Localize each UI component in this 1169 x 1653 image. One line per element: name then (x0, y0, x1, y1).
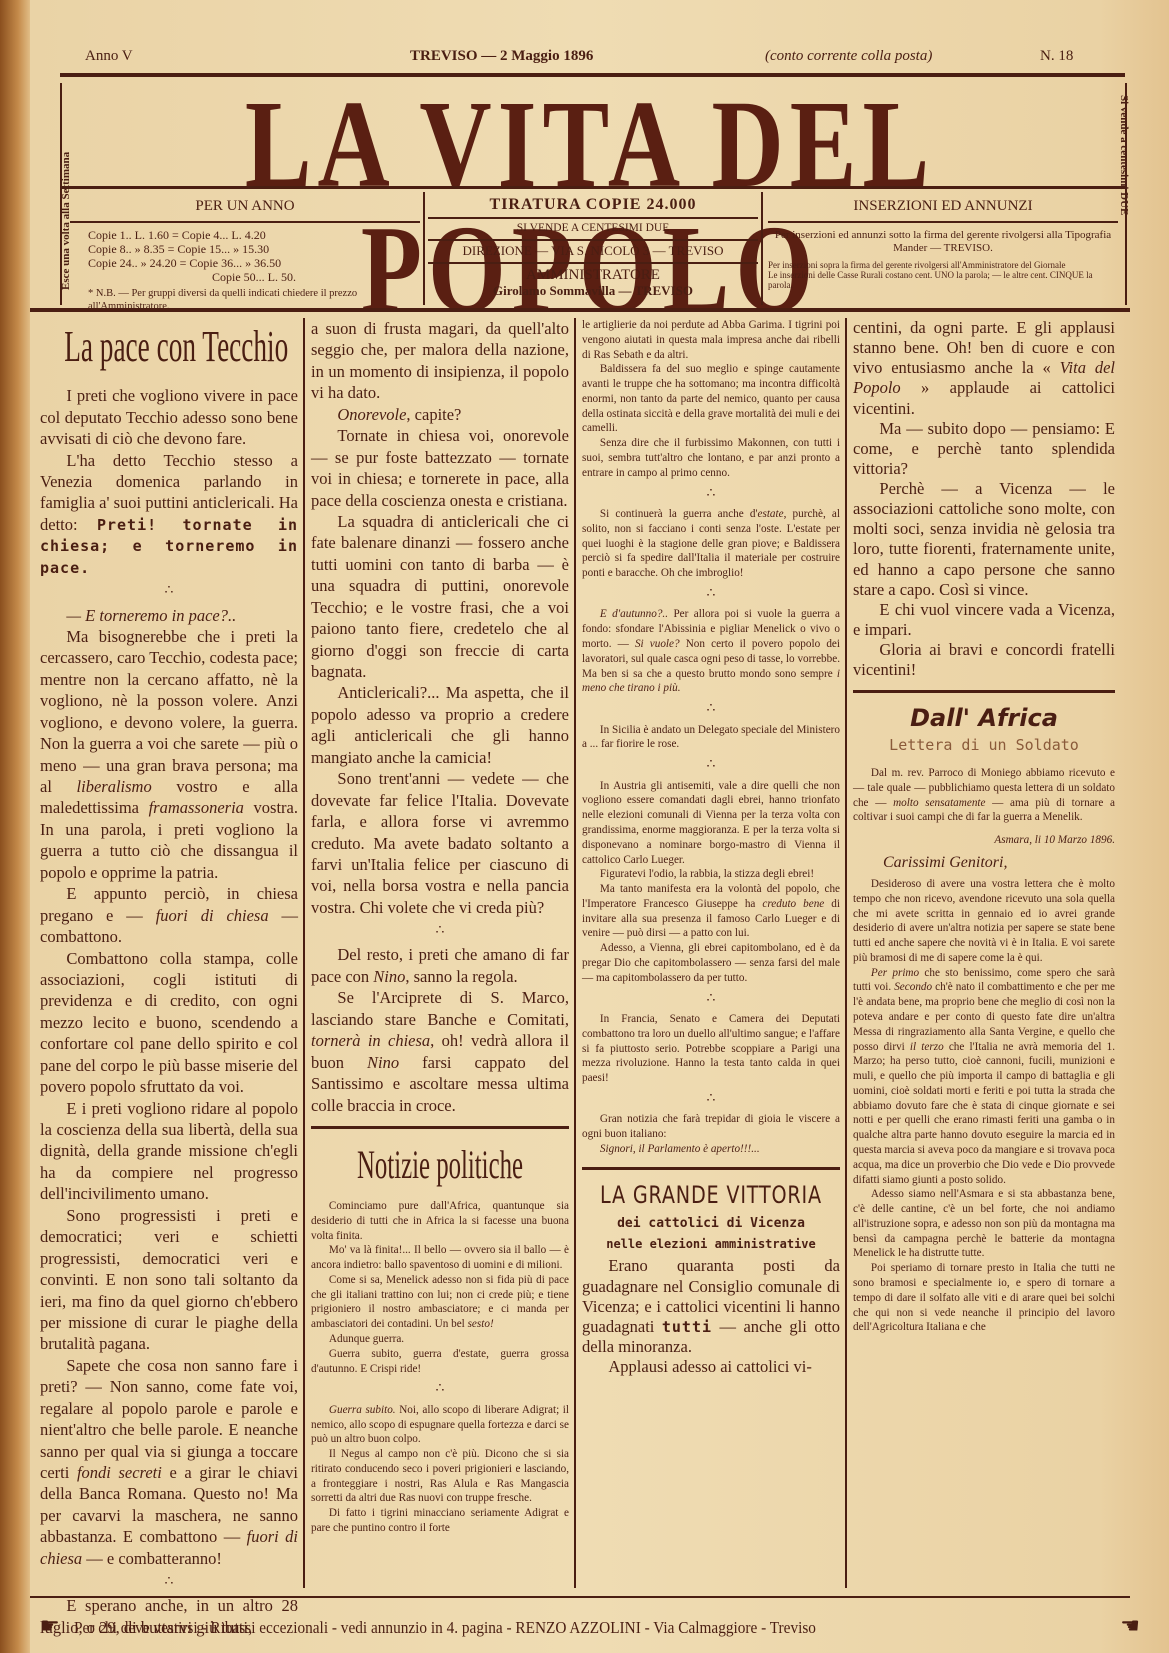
paragraph: Sono trent'anni — vedete — che dovevate … (311, 768, 569, 918)
rate-line: Copie 50... L. 50. (88, 271, 420, 285)
paragraph: E appunto perciò, in chiesa pregano e — … (40, 883, 298, 947)
paragraph: Applausi adesso ai cattolici vi- (582, 1357, 840, 1377)
section-dots: ∴ (582, 1090, 840, 1108)
paragraph: Poi speriamo di tornare presto in Italia… (853, 1261, 1115, 1335)
column-rule (845, 318, 847, 1588)
paragraph: Senza dire che il furbissimo Makonnen, c… (582, 436, 840, 480)
side-label-right: Si vende a centesimi DUE (1118, 95, 1130, 215)
paragraph: La squadra di anticlericali che ci fate … (311, 511, 569, 683)
section-dots: ∴ (40, 582, 298, 600)
ads-line: Per inserzioni sopra la firma del gerent… (768, 260, 1118, 270)
headline-pace-tecchio: La pace con Tecchio (64, 318, 274, 375)
footer-ad: ☛ Per chi deve vestirsi - Ribassi eccezi… (40, 1608, 1140, 1644)
paragraph: Sono progressisti i preti e democratici;… (40, 1205, 298, 1355)
paragraph: Desideroso di avere una vostra lettera c… (853, 877, 1115, 966)
ads-line: Per inserzioni ed annunzi sotto la firma… (768, 229, 1118, 254)
paragraph: Tornate in chiesa voi, onorevole — se pu… (311, 425, 569, 511)
column-rule (303, 318, 305, 1588)
paragraph: I preti che vogliono vivere in pace col … (40, 385, 298, 449)
section-dots: ∴ (582, 756, 840, 774)
subheadline: Lettera di un Soldato (853, 736, 1115, 756)
paragraph: E i preti vogliono ridare al popolo la c… (40, 1098, 298, 1205)
paragraph: centini, da ogni parte. E gli applausi s… (853, 318, 1115, 419)
paragraph: Si continuerà la guerra anche d'estate, … (582, 507, 840, 581)
amministratore-name: Girolamo Sommavilla — TREVISO (428, 284, 758, 299)
paragraph: E d'autunno?.. Per allora poi si vuole l… (582, 607, 840, 696)
masthead-divider (761, 192, 763, 305)
letter-salutation: Carissimi Genitori, (853, 852, 1115, 873)
conto-corrente: (conto corrente colla posta) (765, 48, 932, 65)
paragraph: Perchè — a Vicenza — le associazioni cat… (853, 479, 1115, 600)
paragraph: Onorevole, capite? (311, 404, 569, 425)
paragraph: In Austria gli antisemiti, vale a dire q… (582, 779, 840, 868)
section-dots: ∴ (311, 1380, 569, 1398)
paragraph: Mo' va là finita!... Il bello — ovvero s… (311, 1243, 569, 1273)
section-rule (853, 690, 1115, 693)
paragraph: Del resto, i preti che amano di far pace… (311, 944, 569, 987)
section-rule (582, 1167, 840, 1170)
paragraph: Gran notizia che farà trepidar di gioia … (582, 1112, 840, 1142)
binding-edge (0, 0, 30, 1653)
subscription-heading: PER UN ANNO (70, 198, 420, 215)
paragraph: E chi vuol vincere vada a Vicenza, e imp… (853, 600, 1115, 640)
column-rule (574, 318, 576, 1588)
pointing-hand-icon: ☚ (1120, 1608, 1140, 1644)
paragraph: Signori, il Parlamento è aperto!!!... (582, 1142, 840, 1157)
paragraph: Ma bisognerebbe che i preti la cercasser… (40, 626, 298, 883)
paragraph: Come si sa, Menelick adesso non si fida … (311, 1273, 569, 1332)
column-3: le artiglierie da noi perdute ad Abba Ga… (582, 318, 840, 1377)
ads-line: Le inserzioni delle Casse Rurali costano… (768, 270, 1118, 291)
rate-line: Copie 24.. » 24.20 = Copie 36... » 36.50 (88, 257, 420, 271)
paragraph: Guerra subito, guerra d'estate, guerra g… (311, 1347, 569, 1377)
ads-box: INSERZIONI ED ANNUNZI Per inserzioni ed … (768, 192, 1118, 291)
paragraph: Adesso siamo nell'Asmara e si sta abbast… (853, 1187, 1115, 1261)
paragraph: Guerra subito. Noi, allo scopo di libera… (311, 1403, 569, 1447)
price-line: SI VENDE A CENTESIMI DUE (428, 222, 758, 235)
column-4: centini, da ogni parte. E gli applausi s… (853, 318, 1115, 1335)
masthead-rule-mid (60, 186, 1125, 189)
section-rule (311, 1126, 569, 1129)
column-2: a suon di frusta magari, da quell'alto s… (311, 318, 569, 1536)
section-dots: ∴ (582, 990, 840, 1008)
frame-left (60, 83, 62, 305)
subheadline: dei cattolici di Vicenza (582, 1215, 840, 1232)
paragraph: In Sicilia è andato un Delegato speciale… (582, 723, 840, 753)
section-dots: ∴ (311, 922, 569, 940)
section-dots: ∴ (582, 585, 840, 603)
column-1: La pace con Tecchio I preti che vogliono… (40, 318, 298, 1638)
direzione: DIREZIONE — VIA S. NICOLÒ 3 — TREVISO (428, 244, 758, 259)
paragraph: In Francia, Senato e Camera dei Deputati… (582, 1012, 840, 1086)
paragraph: Il Negus al campo non c'è più. Dicono ch… (311, 1447, 569, 1506)
dateline: TREVISO — 2 Maggio 1896 (410, 48, 593, 65)
section-dots: ∴ (40, 1573, 298, 1591)
pointing-hand-icon: ☛ (40, 1608, 70, 1644)
headline-notizie-politiche: Notizie politiche (335, 1139, 545, 1191)
headline-dall-africa: Dall' Africa (853, 703, 1115, 734)
paragraph: Sapete che cosa non sanno fare i preti? … (40, 1355, 298, 1569)
paragraph: Baldissera fa del suo meglio e spinge ca… (582, 362, 840, 436)
letter-place-date: Asmara, li 10 Marzo 1896. (853, 833, 1115, 848)
paragraph: Cominciamo pure dall'Africa, quantunque … (311, 1199, 569, 1243)
headline-grande-vittoria: LA GRANDE VITTORIA (584, 1180, 838, 1212)
issue-number: N. 18 (1040, 48, 1073, 65)
footer-ad-text: Per chi deve vestirsi - Ribassi eccezion… (74, 1610, 816, 1646)
masthead-rule-bottom (30, 308, 1130, 312)
paragraph: — E torneremo in pace?.. (40, 605, 298, 626)
paragraph: Combattono colla stampa, colle associazi… (40, 948, 298, 1098)
ads-heading: INSERZIONI ED ANNUNZI (768, 198, 1118, 215)
footer-rule (30, 1596, 1130, 1598)
paragraph: Per primo che sto benissimo, come spero … (853, 966, 1115, 1188)
paragraph: Anticlericali?... Ma aspetta, che il pop… (311, 682, 569, 768)
section-dots: ∴ (582, 485, 840, 503)
frame-right (1125, 83, 1127, 305)
tiratura: TIRATURA COPIE 24.000 (428, 196, 758, 214)
paragraph: Ma — subito dopo — pensiamo: E come, e p… (853, 419, 1115, 479)
paragraph: Se l'Arciprete di S. Marco, lasciando st… (311, 987, 569, 1116)
paragraph: L'ha detto Tecchio stesso a Venezia dome… (40, 450, 298, 579)
amministratore-label: AMMINISTRATORE (428, 267, 758, 284)
rate-line: Copie 1.. L. 1.60 = Copie 4... L. 4.20 (88, 229, 420, 243)
paragraph: Gloria ai bravi e concordi fratelli vice… (853, 640, 1115, 680)
center-box: TIRATURA COPIE 24.000 SI VENDE A CENTESI… (428, 192, 758, 299)
masthead-divider (423, 192, 425, 305)
subscription-box: PER UN ANNO Copie 1.. L. 1.60 = Copie 4.… (70, 192, 420, 313)
paragraph: a suon di frusta magari, da quell'alto s… (311, 318, 569, 404)
paragraph: Ma tanto manifesta era la volontà del po… (582, 882, 840, 941)
paragraph: Dal m. rev. Parroco di Moniego abbiamo r… (853, 766, 1115, 825)
rate-line: Copie 8.. » 8.35 = Copie 15... » 15.30 (88, 243, 420, 257)
paragraph: Erano quaranta posti da guadagnare nel C… (582, 1256, 840, 1357)
paragraph: Adunque guerra. (311, 1332, 569, 1347)
paragraph: Adesso, a Vienna, gli ebrei capitombolan… (582, 941, 840, 985)
paragraph: Di fatto i tigrini minacciano seriamente… (311, 1506, 569, 1536)
dateline-bar: Anno V TREVISO — 2 Maggio 1896 (conto co… (65, 44, 1125, 70)
subheadline: nelle elezioni amministrative (582, 1237, 840, 1253)
anno-label: Anno V (85, 48, 133, 65)
paragraph: le artiglierie da noi perdute ad Abba Ga… (582, 318, 840, 362)
paragraph: Figuratevi l'odio, la rabbia, la stizza … (582, 867, 840, 882)
section-dots: ∴ (582, 700, 840, 718)
